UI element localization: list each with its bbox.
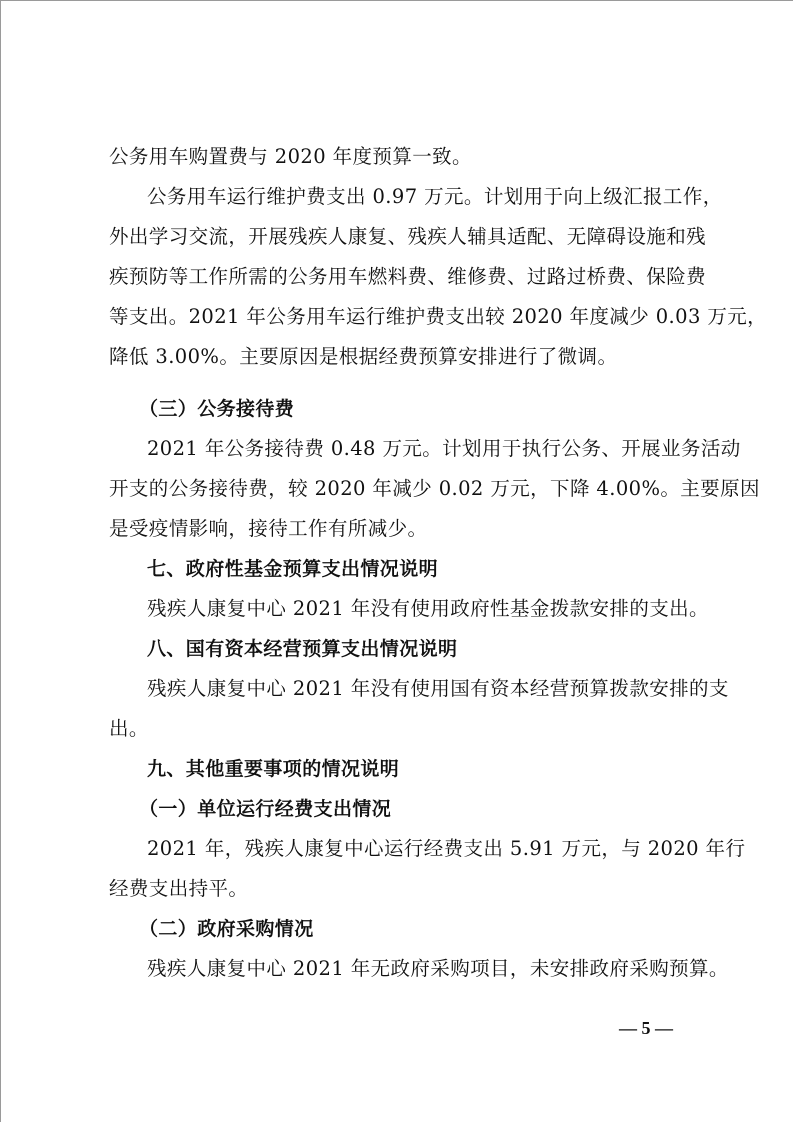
document-page: 公务用车购置费与 2020 年度预算一致。 公务用车运行维护费支出 0.97 万… [0, 0, 793, 1122]
paragraph-line: 公务用车运行维护费支出 0.97 万元。计划用于向上级汇报工作， [147, 185, 737, 209]
paragraph-line: 残疾人康复中心 2021 年无政府采购项目，未安排政府采购预算。 [147, 957, 737, 981]
paragraph-line: 是受疫情影响，接待工作有所减少。 [109, 517, 699, 541]
page-number: — 5 — [619, 1018, 673, 1039]
paragraph-line: 等支出。2021 年公务用车运行维护费支出较 2020 年度减少 0.03 万元… [109, 305, 699, 329]
paragraph-line: 开支的公务接待费，较 2020 年减少 0.02 万元，下降 4.00%。主要原… [109, 477, 699, 501]
section-heading-7: 七、政府性基金预算支出情况说明 [147, 557, 737, 581]
paragraph-line: 2021 年公务接待费 0.48 万元。计划用于执行公务、开展业务活动 [147, 437, 737, 461]
section-heading-8: 八、国有资本经营预算支出情况说明 [147, 637, 737, 661]
paragraph-line: 外出学习交流，开展残疾人康复、残疾人辅具适配、无障碍设施和残 [109, 225, 699, 249]
paragraph-line: 疾预防等工作所需的公务用车燃料费、维修费、过路过桥费、保险费 [109, 265, 699, 289]
paragraph-line: 降低 3.00%。主要原因是根据经费预算安排进行了微调。 [109, 345, 699, 369]
section-7-body: 残疾人康复中心 2021 年没有使用政府性基金拨款安排的支出。 [147, 597, 737, 621]
subsection-heading-procurement: （二）政府采购情况 [139, 917, 729, 941]
subsection-heading-reception: （三）公务接待费 [139, 397, 729, 421]
section-heading-9: 九、其他重要事项的情况说明 [147, 757, 737, 781]
paragraph-line: 经费支出持平。 [109, 877, 699, 901]
subsection-heading-operating-costs: （一）单位运行经费支出情况 [139, 797, 729, 821]
section-8-body-line1: 残疾人康复中心 2021 年没有使用国有资本经营预算拨款安排的支 [147, 677, 737, 701]
paragraph-line: 公务用车购置费与 2020 年度预算一致。 [109, 145, 699, 169]
paragraph-line: 2021 年，残疾人康复中心运行经费支出 5.91 万元，与 2020 年行 [147, 837, 737, 861]
section-8-body-line2: 出。 [109, 717, 699, 741]
